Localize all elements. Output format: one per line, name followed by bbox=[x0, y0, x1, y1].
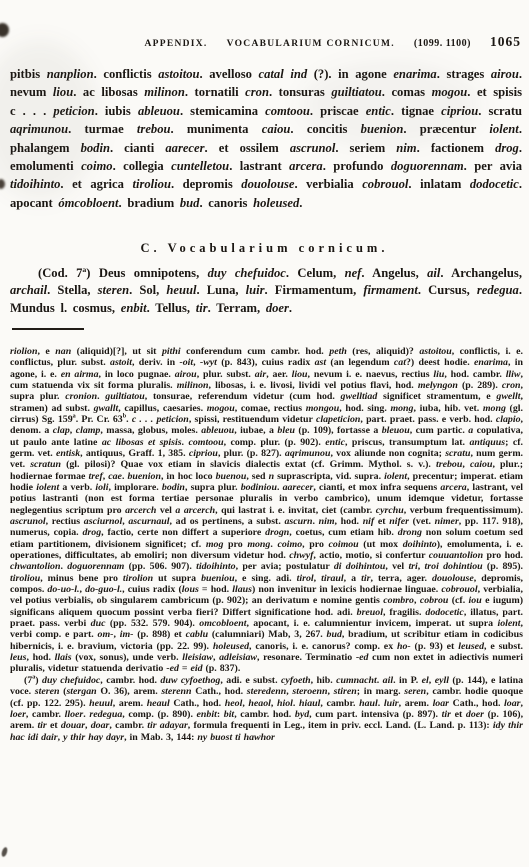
book-page-scan: APPENDIX. VOCABULARIUM CORNICUM. (1099. … bbox=[0, 0, 529, 867]
footnote-paragraph-2: (7a) duy chefuidoc, cambr. hod. duw cyfo… bbox=[10, 675, 523, 743]
header-column-reference: (1099. 1100) bbox=[414, 38, 471, 49]
scan-artifact-blob bbox=[0, 179, 5, 189]
vocabulary-cornicum-paragraph: (Cod. 7a) Deus omnipotens, duy chefuidoc… bbox=[10, 265, 522, 317]
footnote-paragraph-1: riolion, e nan (aliquid)[?], ut sit pith… bbox=[10, 346, 523, 675]
page-number: 1065 bbox=[490, 34, 521, 50]
footnote-separator-rule bbox=[12, 328, 84, 330]
header-appendix-label: APPENDIX. bbox=[144, 39, 207, 49]
running-header: APPENDIX. VOCABULARIUM CORNICUM. (1099. … bbox=[0, 0, 529, 50]
footnote-block: riolion, e nan (aliquid)[?], ut sit pith… bbox=[10, 346, 523, 743]
scan-artifact-blob bbox=[1, 846, 9, 857]
section-heading: C. Vocabularium cornicum. bbox=[0, 241, 529, 256]
header-chapter-title: VOCABULARIUM CORNICUM. bbox=[227, 39, 395, 49]
vocabulary-continuation-paragraph: pitbis nanplion. conflictis astoitou. av… bbox=[10, 65, 522, 212]
